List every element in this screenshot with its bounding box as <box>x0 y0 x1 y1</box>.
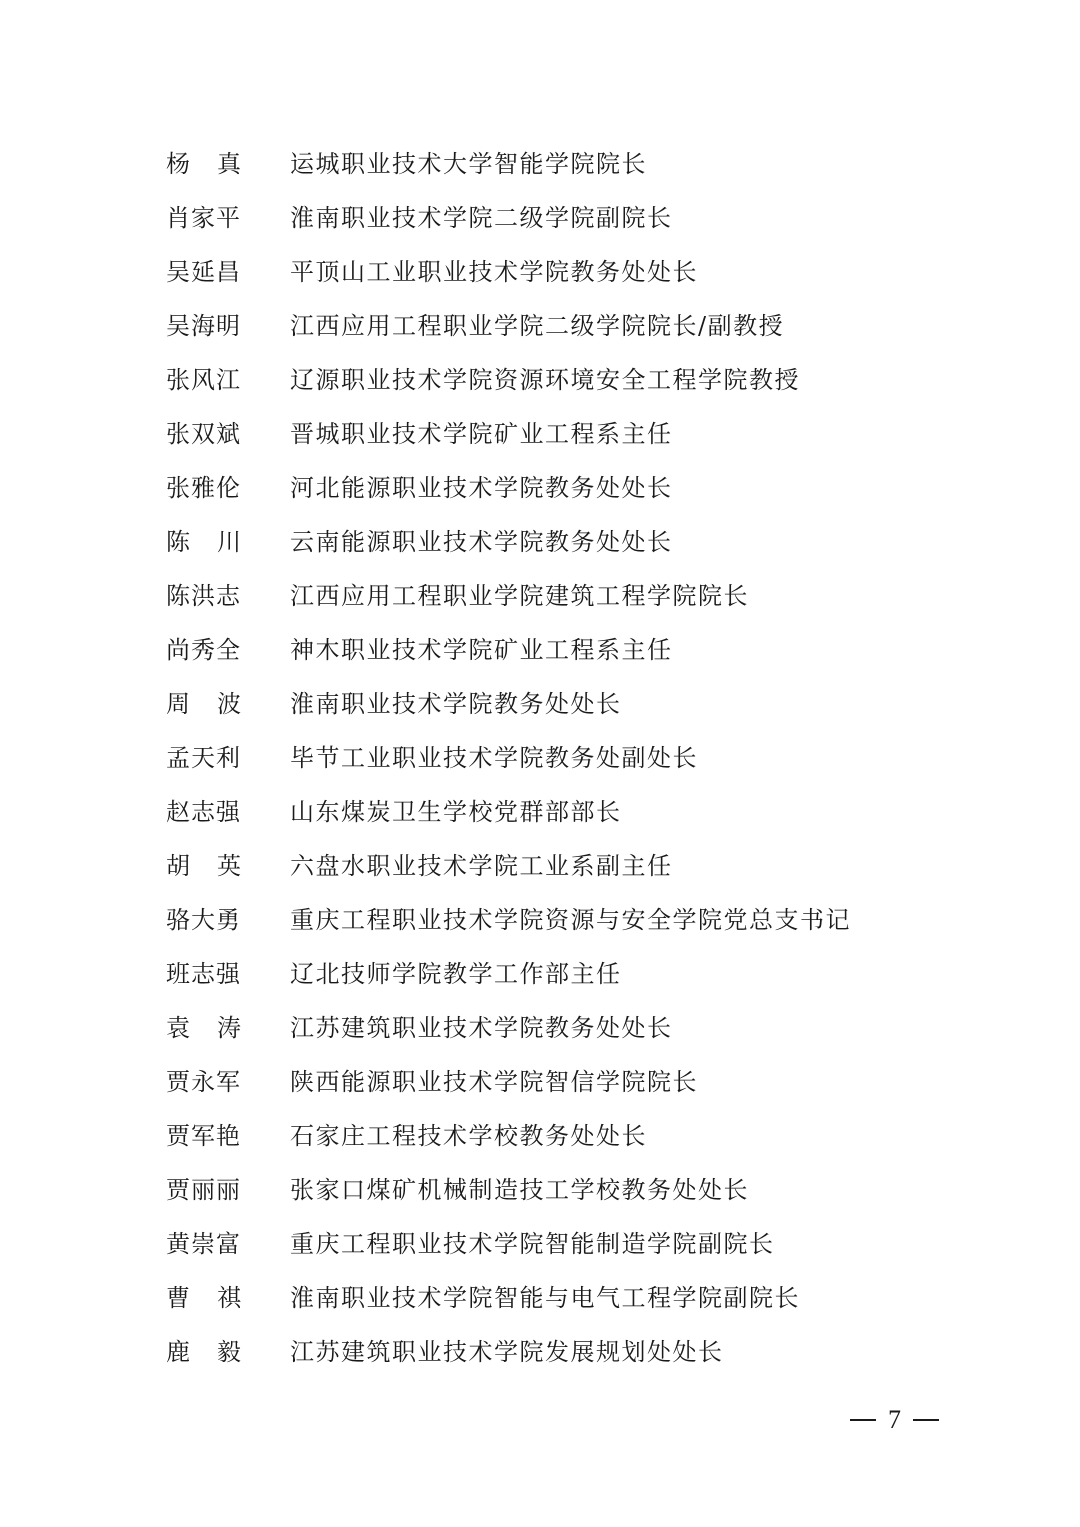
member-name: 贾军艳 <box>166 1116 290 1156</box>
member-title: 淮南职业技术学院二级学院副院长 <box>290 198 673 238</box>
dash-decoration <box>850 1419 876 1421</box>
member-title: 六盘水职业技术学院工业系副主任 <box>290 846 673 886</box>
member-name: 曹祺 <box>166 1278 242 1318</box>
name-char: 英 <box>217 846 242 886</box>
member-name: 吴延昌 <box>166 252 290 292</box>
member-name: 鹿毅 <box>166 1332 242 1372</box>
list-item: 赵志强 山东煤炭卫生学校党群部部长 <box>166 785 851 839</box>
member-title: 毕节工业职业技术学院教务处副处长 <box>290 738 698 778</box>
list-item: 曹祺 淮南职业技术学院智能与电气工程学院副院长 <box>166 1271 851 1325</box>
name-char: 杨 <box>166 144 191 184</box>
list-item: 贾永军 陕西能源职业技术学院智信学院院长 <box>166 1055 851 1109</box>
member-name: 张雅伦 <box>166 468 290 508</box>
list-item: 黄崇富 重庆工程职业技术学院智能制造学院副院长 <box>166 1217 851 1271</box>
member-name: 陈洪志 <box>166 576 290 616</box>
member-name: 班志强 <box>166 954 290 994</box>
member-title: 江苏建筑职业技术学院发展规划处处长 <box>290 1332 724 1372</box>
list-item: 陈洪志 江西应用工程职业学院建筑工程学院院长 <box>166 569 851 623</box>
name-char: 袁 <box>166 1008 191 1048</box>
name-char: 胡 <box>166 846 191 886</box>
name-char: 周 <box>166 684 191 724</box>
member-name: 陈川 <box>166 522 242 562</box>
member-name: 贾永军 <box>166 1062 290 1102</box>
page-number-value: 7 <box>888 1402 901 1438</box>
member-title: 晋城职业技术学院矿业工程系主任 <box>290 414 673 454</box>
member-name: 张双斌 <box>166 414 290 454</box>
member-name: 张风江 <box>166 360 290 400</box>
list-item: 孟天利 毕节工业职业技术学院教务处副处长 <box>166 731 851 785</box>
member-title: 江苏建筑职业技术学院教务处处长 <box>290 1008 673 1048</box>
member-title: 辽北技师学院教学工作部主任 <box>290 954 622 994</box>
name-char: 真 <box>217 144 242 184</box>
list-item: 吴海明 江西应用工程职业学院二级学院院长/副教授 <box>166 299 851 353</box>
member-title: 辽源职业技术学院资源环境安全工程学院教授 <box>290 360 800 400</box>
member-title: 淮南职业技术学院智能与电气工程学院副院长 <box>290 1278 800 1318</box>
list-item: 胡英 六盘水职业技术学院工业系副主任 <box>166 839 851 893</box>
name-char: 波 <box>217 684 242 724</box>
list-item: 鹿毅 江苏建筑职业技术学院发展规划处处长 <box>166 1325 851 1379</box>
name-char: 曹 <box>166 1278 191 1318</box>
list-item: 肖家平 淮南职业技术学院二级学院副院长 <box>166 191 851 245</box>
list-item: 贾丽丽 张家口煤矿机械制造技工学校教务处处长 <box>166 1163 851 1217</box>
list-item: 贾军艳 石家庄工程技术学校教务处处长 <box>166 1109 851 1163</box>
member-title: 江西应用工程职业学院二级学院院长/副教授 <box>290 306 784 346</box>
member-title: 陕西能源职业技术学院智信学院院长 <box>290 1062 698 1102</box>
member-title: 云南能源职业技术学院教务处处长 <box>290 522 673 562</box>
member-list: 杨真 运城职业技术大学智能学院院长 肖家平 淮南职业技术学院二级学院副院长 吴延… <box>166 137 851 1379</box>
list-item: 张双斌 晋城职业技术学院矿业工程系主任 <box>166 407 851 461</box>
member-name: 尚秀全 <box>166 630 290 670</box>
name-char: 川 <box>217 522 242 562</box>
member-title: 江西应用工程职业学院建筑工程学院院长 <box>290 576 749 616</box>
member-title: 平顶山工业职业技术学院教务处处长 <box>290 252 698 292</box>
member-title: 张家口煤矿机械制造技工学校教务处处长 <box>290 1170 749 1210</box>
member-title: 河北能源职业技术学院教务处处长 <box>290 468 673 508</box>
list-item: 骆大勇 重庆工程职业技术学院资源与安全学院党总支书记 <box>166 893 851 947</box>
member-name: 胡英 <box>166 846 242 886</box>
list-item: 陈川 云南能源职业技术学院教务处处长 <box>166 515 851 569</box>
member-name: 孟天利 <box>166 738 290 778</box>
member-title: 神木职业技术学院矿业工程系主任 <box>290 630 673 670</box>
member-name: 肖家平 <box>166 198 290 238</box>
member-name: 骆大勇 <box>166 900 290 940</box>
name-char: 陈 <box>166 522 191 562</box>
dash-decoration <box>913 1419 939 1421</box>
member-title: 山东煤炭卫生学校党群部部长 <box>290 792 622 832</box>
name-char: 涛 <box>217 1008 242 1048</box>
name-char: 祺 <box>217 1278 242 1318</box>
list-item: 张雅伦 河北能源职业技术学院教务处处长 <box>166 461 851 515</box>
name-char: 毅 <box>217 1332 242 1372</box>
list-item: 周波 淮南职业技术学院教务处处长 <box>166 677 851 731</box>
member-name: 杨真 <box>166 144 242 184</box>
member-title: 重庆工程职业技术学院智能制造学院副院长 <box>290 1224 775 1264</box>
member-title: 石家庄工程技术学校教务处处长 <box>290 1116 647 1156</box>
member-title: 重庆工程职业技术学院资源与安全学院党总支书记 <box>290 900 851 940</box>
list-item: 杨真 运城职业技术大学智能学院院长 <box>166 137 851 191</box>
list-item: 吴延昌 平顶山工业职业技术学院教务处处长 <box>166 245 851 299</box>
list-item: 袁涛 江苏建筑职业技术学院教务处处长 <box>166 1001 851 1055</box>
member-name: 黄崇富 <box>166 1224 290 1264</box>
member-name: 周波 <box>166 684 242 724</box>
member-name: 袁涛 <box>166 1008 242 1048</box>
member-name: 贾丽丽 <box>166 1170 290 1210</box>
list-item: 张风江 辽源职业技术学院资源环境安全工程学院教授 <box>166 353 851 407</box>
list-item: 班志强 辽北技师学院教学工作部主任 <box>166 947 851 1001</box>
member-title: 运城职业技术大学智能学院院长 <box>290 144 647 184</box>
list-item: 尚秀全 神木职业技术学院矿业工程系主任 <box>166 623 851 677</box>
member-name: 赵志强 <box>166 792 290 832</box>
member-name: 吴海明 <box>166 306 290 346</box>
member-title: 淮南职业技术学院教务处处长 <box>290 684 622 724</box>
name-char: 鹿 <box>166 1332 191 1372</box>
page-number: 7 <box>850 1402 939 1438</box>
document-page: 杨真 运城职业技术大学智能学院院长 肖家平 淮南职业技术学院二级学院副院长 吴延… <box>0 0 1080 1527</box>
